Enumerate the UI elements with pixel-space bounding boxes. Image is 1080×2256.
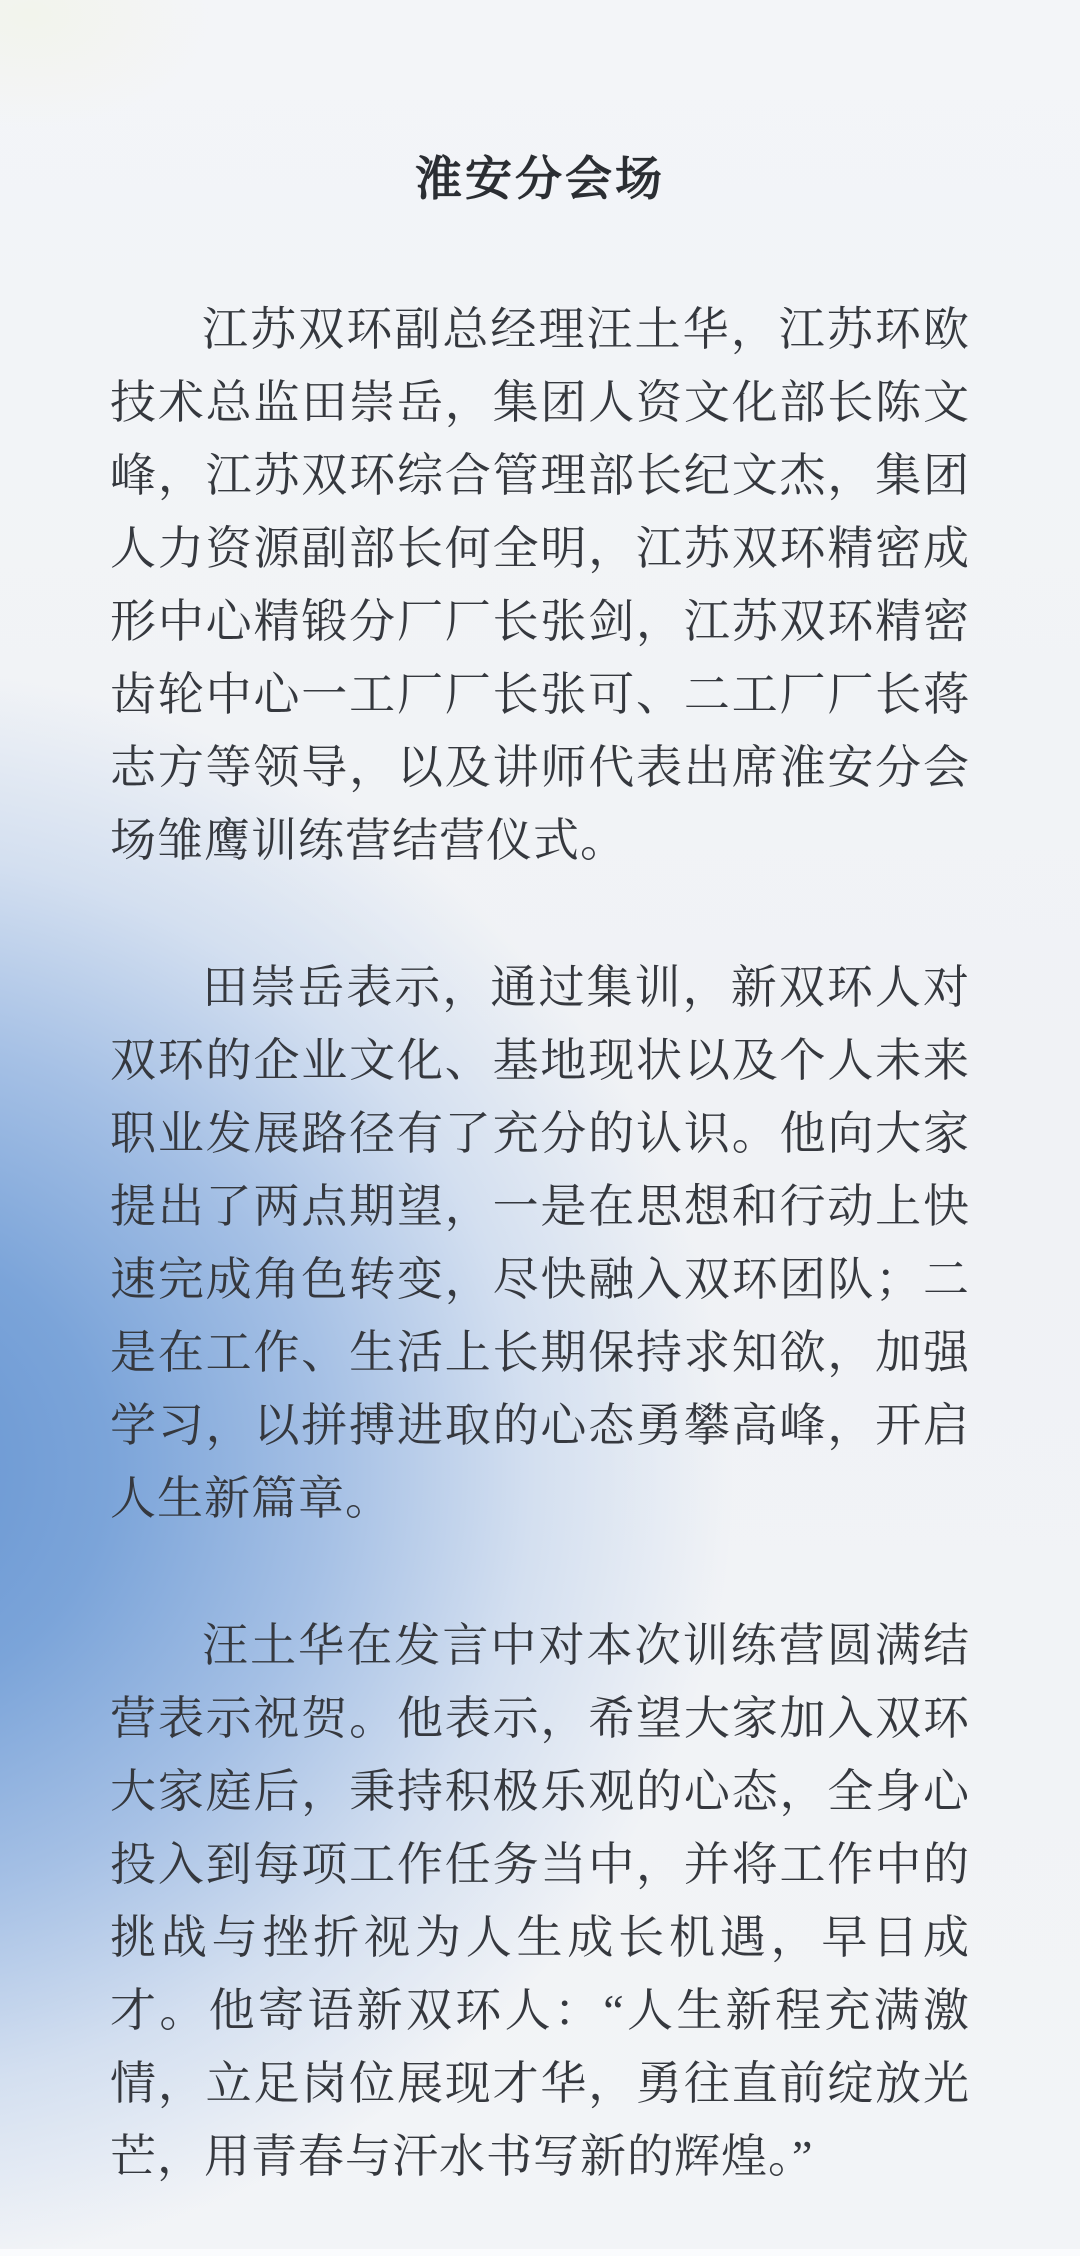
bottom-edge-strip	[0, 2249, 1080, 2256]
paragraph-attendees: 江苏双环副总经理汪土华，江苏环欧技术总监田崇岳，集团人资文化部长陈文峰，江苏双环…	[110, 293, 970, 877]
paragraph-tian-chongyue-remarks: 田崇岳表示，通过集训，新双环人对双环的企业文化、基地现状以及个人未来职业发展路径…	[110, 951, 970, 1535]
paragraph-wang-tuhua-remarks: 汪土华在发言中对本次训练营圆满结营表示祝贺。他表示，希望大家加入双环大家庭后，秉…	[110, 1609, 970, 2193]
article-page: 淮安分会场 江苏双环副总经理汪土华，江苏环欧技术总监田崇岳，集团人资文化部长陈文…	[0, 0, 1080, 2193]
article-title: 淮安分会场	[110, 144, 970, 217]
